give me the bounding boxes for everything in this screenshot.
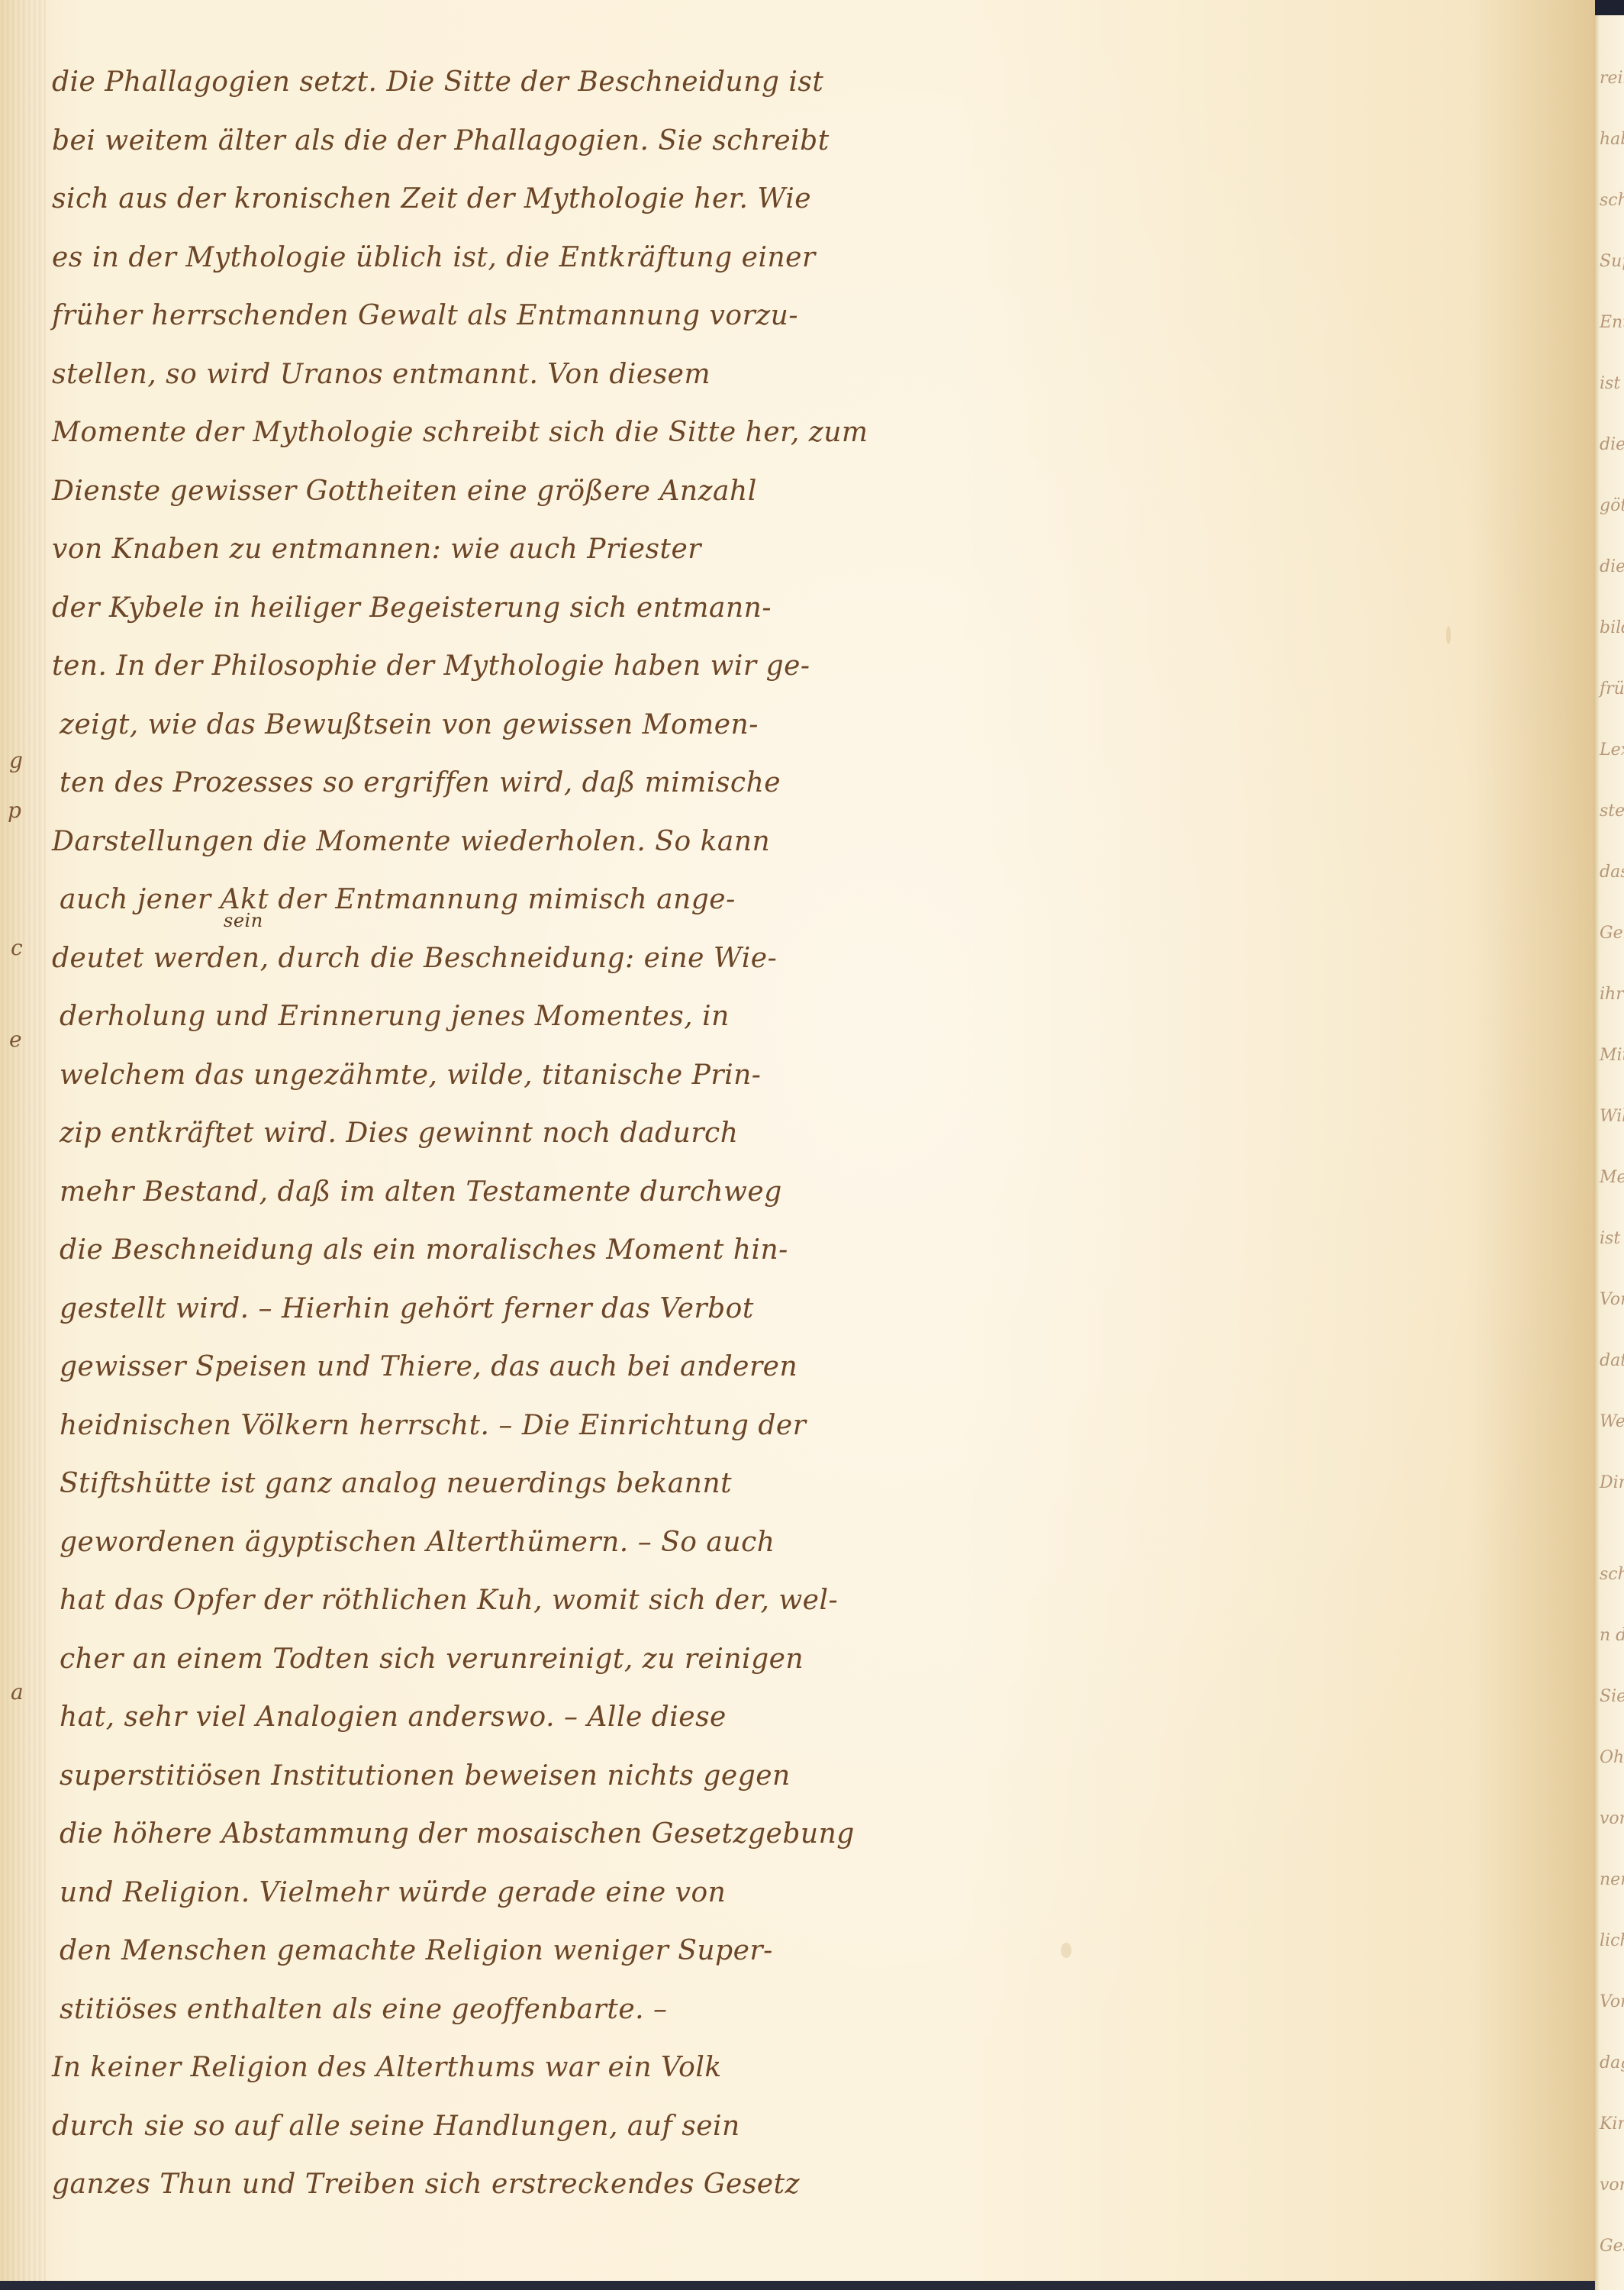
adjacent-page-fragment: Mehr auf xyxy=(1600,1168,1624,1191)
interlinear-insertion: sein xyxy=(224,911,263,930)
adjacent-page-fragment: Kirche xyxy=(1600,2114,1624,2137)
adjacent-page-fragment: nenne g xyxy=(1600,1870,1624,1893)
manuscript-line: es in der Mythologie üblich ist, die Ent… xyxy=(52,229,876,288)
manuscript-line: welchem das ungezähmte, wilde, titanisch… xyxy=(52,1047,876,1105)
adjacent-page-fragment: Mittel xyxy=(1600,1046,1624,1069)
manuscript-line: die Phallagogien setzt. Die Sitte der Be… xyxy=(52,53,876,112)
adjacent-page-fragment: frühere xyxy=(1600,679,1624,702)
manuscript-line: und Religion. Vielmehr würde gerade eine… xyxy=(52,1864,876,1923)
margin-mark: c xyxy=(11,935,23,960)
adjacent-page-fragment: schen S xyxy=(1600,1565,1624,1588)
margin-mark: e xyxy=(9,1027,22,1052)
manuscript-line: Darstellungen die Momente wiederholen. S… xyxy=(52,813,876,872)
adjacent-page-fragment: von da xyxy=(1600,2175,1624,2198)
paper-stain xyxy=(1061,1943,1071,1958)
adjacent-page-fragment: n des P xyxy=(1600,1626,1624,1649)
manuscript-line: mehr Bestand, daß im alten Testamente du… xyxy=(52,1163,876,1222)
manuscript-line: heidnischen Völkern herrscht. – Die Einr… xyxy=(52,1397,876,1456)
adjacent-page-fragment: Geist xyxy=(1600,924,1624,947)
adjacent-page-fragment: Vorfrüm xyxy=(1600,1992,1624,2015)
adjacent-page-fragment: bilde xyxy=(1600,618,1624,641)
adjacent-page-fragment: Ohnig xyxy=(1600,1748,1624,1771)
adjacent-page-fragment: dat. Dann xyxy=(1600,1351,1624,1374)
adjacent-page-fragment: dass : xyxy=(1600,863,1624,885)
adjacent-page-fragment: die by xyxy=(1600,557,1624,580)
manuscript-line: früher herrschenden Gewalt als Entmannun… xyxy=(52,287,876,346)
manuscript-line: ten des Prozesses so ergriffen wird, daß… xyxy=(52,754,876,813)
adjacent-page-fragment: ist der xyxy=(1600,374,1624,397)
manuscript-line: den Menschen gemachte Religion weniger S… xyxy=(52,1922,876,1981)
manuscript-line: stitiöses enthalten als eine geoffenbart… xyxy=(52,1981,876,2040)
manuscript-line: zip entkräftet wird. Dies gewinnt noch d… xyxy=(52,1105,876,1163)
adjacent-page-fragment: Super xyxy=(1600,252,1624,275)
manuscript-line: gewisser Speisen und Thiere, das auch be… xyxy=(52,1338,876,1397)
manuscript-line: Dienste gewisser Gottheiten eine größere… xyxy=(52,463,876,521)
manuscript-scan: g p c e a die Phallagogien setzt. Die Si… xyxy=(0,0,1624,2290)
adjacent-page-fragment: Willen. xyxy=(1600,1107,1624,1130)
manuscript-line: von Knaben zu entmannen: wie auch Priest… xyxy=(52,521,876,579)
manuscript-line: superstitiösen Institutionen beweisen ni… xyxy=(52,1747,876,1806)
adjacent-page-fragment: reibt xyxy=(1600,69,1624,92)
manuscript-line: die Beschneidung als ein moralisches Mom… xyxy=(52,1221,876,1280)
adjacent-page-fragment: lichen J xyxy=(1600,1931,1624,1954)
manuscript-line: durch sie so auf alle seine Handlungen, … xyxy=(52,2098,876,2156)
manuscript-line: Momente der Mythologie schreibt sich die… xyxy=(52,404,876,463)
manuscript-line: bei weitem älter als die der Phallagogie… xyxy=(52,112,876,171)
scan-background-edge xyxy=(0,2281,1595,2290)
manuscript-line: auch jener Akt der Entmannung mimisch an… xyxy=(52,871,876,930)
adjacent-page-fragment: Entf xyxy=(1600,313,1624,336)
manuscript-line: gewordenen ägyptischen Alterthümern. – S… xyxy=(52,1514,876,1572)
manuscript-line: ten. In der Philosophie der Mythologie h… xyxy=(52,637,876,696)
manuscript-line: In keiner Religion des Alterthums war ei… xyxy=(52,2039,876,2098)
manuscript-line: der Kybele in heiliger Begeisterung sich… xyxy=(52,579,876,638)
adjacent-page-fragment: Ding ist xyxy=(1600,1473,1624,1496)
adjacent-page-fragment: ihre w xyxy=(1600,985,1624,1008)
adjacent-page-edge: reibt haben schaft Super Entf ist der di… xyxy=(1593,15,1624,2290)
adjacent-page-fragment: Voraus xyxy=(1600,1290,1624,1313)
manuscript-line: gestellt wird. – Hierhin gehört ferner d… xyxy=(52,1280,876,1339)
manuscript-line-text: deutet werden, durch die Beschneidung: e… xyxy=(52,943,777,974)
manuscript-line-with-insertion: sein deutet werden, durch die Beschneidu… xyxy=(52,930,876,989)
adjacent-page-fragment: stell in xyxy=(1600,801,1624,824)
adjacent-page-fragment: ist Gott xyxy=(1600,1229,1624,1252)
manuscript-line: die höhere Abstammung der mosaischen Ges… xyxy=(52,1805,876,1864)
adjacent-page-fragment: dagegen xyxy=(1600,2053,1624,2076)
adjacent-page-fragment: haben xyxy=(1600,130,1624,153)
margin-mark: p xyxy=(8,798,21,823)
adjacent-page-fragment: vorl. D xyxy=(1600,1809,1624,1832)
margin-mark: a xyxy=(11,1679,24,1705)
adjacent-page-fragment: schaft xyxy=(1600,191,1624,214)
adjacent-page-fragment: göttli xyxy=(1600,496,1624,519)
margin-mark: g xyxy=(9,748,23,773)
manuscript-line: Stiftshütte ist ganz analog neuerdings b… xyxy=(52,1455,876,1514)
manuscript-line: stellen, so wird Uranos entmannt. Von di… xyxy=(52,346,876,405)
manuscript-line: derholung und Erinnerung jenes Momentes,… xyxy=(52,988,876,1047)
left-margin-marks: g p c e a xyxy=(0,0,46,2282)
adjacent-page-fragment: die Ver xyxy=(1600,435,1624,458)
manuscript-line: ganzes Thun und Treiben sich erstreckend… xyxy=(52,2156,876,2214)
adjacent-page-fragment: Wessein xyxy=(1600,1412,1624,1435)
manuscript-line: sich aus der kronischen Zeit der Mytholo… xyxy=(52,170,876,229)
paper-stain xyxy=(1446,626,1451,644)
manuscript-page: g p c e a die Phallagogien setzt. Die Si… xyxy=(0,0,1595,2285)
manuscript-line: hat das Opfer der röthlichen Kuh, womit … xyxy=(52,1572,876,1630)
manuscript-text: die Phallagogien setzt. Die Sitte der Be… xyxy=(52,53,876,2214)
adjacent-page-fragment: Lexere xyxy=(1600,740,1624,763)
adjacent-page-fragment: Sie habe xyxy=(1600,1687,1624,1710)
manuscript-line: zeigt, wie das Bewußtsein von gewissen M… xyxy=(52,696,876,755)
manuscript-line: cher an einem Todten sich verunreinigt, … xyxy=(52,1630,876,1689)
manuscript-line: hat, sehr viel Analogien anderswo. – All… xyxy=(52,1688,876,1747)
adjacent-page-fragment: Gesetz xyxy=(1600,2237,1624,2259)
